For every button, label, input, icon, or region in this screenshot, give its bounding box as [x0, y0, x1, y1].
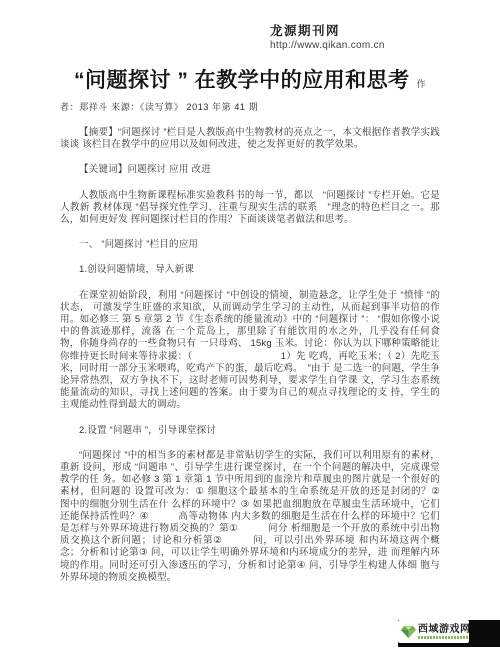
site-url: http://www.qikan.com.cn	[270, 40, 440, 52]
watermark-logo-box: 西域游戏网	[398, 620, 469, 643]
keywords-line: 【关键词】问题探讨 应用 改进	[60, 164, 440, 176]
title-block: “问题探讨 ” 在教学中的应用和思考作 者：郑祥斗 来源：《读写算》 2013 …	[60, 68, 440, 113]
subsection-heading-1: 1.创设问题情境，导入新课	[60, 264, 440, 276]
author-source-line: 者：郑祥斗 来源：《读写算》 2013 年第 41 期	[60, 101, 440, 113]
site-watermark-band: 西域游戏网	[398, 620, 500, 647]
article-body: 【摘要】“问题探讨 ”栏目是人教版高中生物教材的亮点之一，本文根据作者教学实践谈…	[60, 127, 440, 584]
watermark-tagline-microtext	[418, 636, 468, 639]
document-page: 龙源期刊网 http://www.qikan.com.cn “问题探讨 ” 在教…	[0, 0, 500, 584]
gem-icon	[401, 625, 416, 639]
title-suffix: 作	[417, 79, 426, 89]
journal-header: 龙源期刊网 http://www.qikan.com.cn	[270, 24, 440, 52]
watermark-site-name: 西域游戏网	[418, 624, 471, 635]
subsection-heading-2: 2.设置 “问题串 ”，引导课堂探讨	[60, 425, 440, 437]
article-title-text: “问题探讨 ” 在教学中的应用和思考	[74, 69, 410, 92]
article-title: “问题探讨 ” 在教学中的应用和思考作	[60, 68, 440, 97]
body-paragraph-2: “问题探讨 ”中的相当多的素材都是非常贴切学生的实际，我们可以利用原有的素材，重…	[60, 450, 440, 584]
abstract-paragraph: 【摘要】“问题探讨 ”栏目是人教版高中生物教材的亮点之一，本文根据作者教学实践谈…	[60, 127, 440, 151]
watermark-text-wrap: 西域游戏网	[418, 624, 471, 639]
intro-paragraph: 人教版高中生物新课程标准实验教科书的每一节，都以 “问题探讨 ”专栏开始。它是人…	[60, 190, 440, 227]
site-name: 龙源期刊网	[270, 24, 440, 39]
body-paragraph-1: 在课堂初始阶段，利用 “问题探讨 ”中创设的情境，制造悬念，让学生处于 “愤悱 …	[60, 290, 440, 412]
section-heading: 一、 “问题探讨 ”栏目的应用	[60, 239, 440, 251]
